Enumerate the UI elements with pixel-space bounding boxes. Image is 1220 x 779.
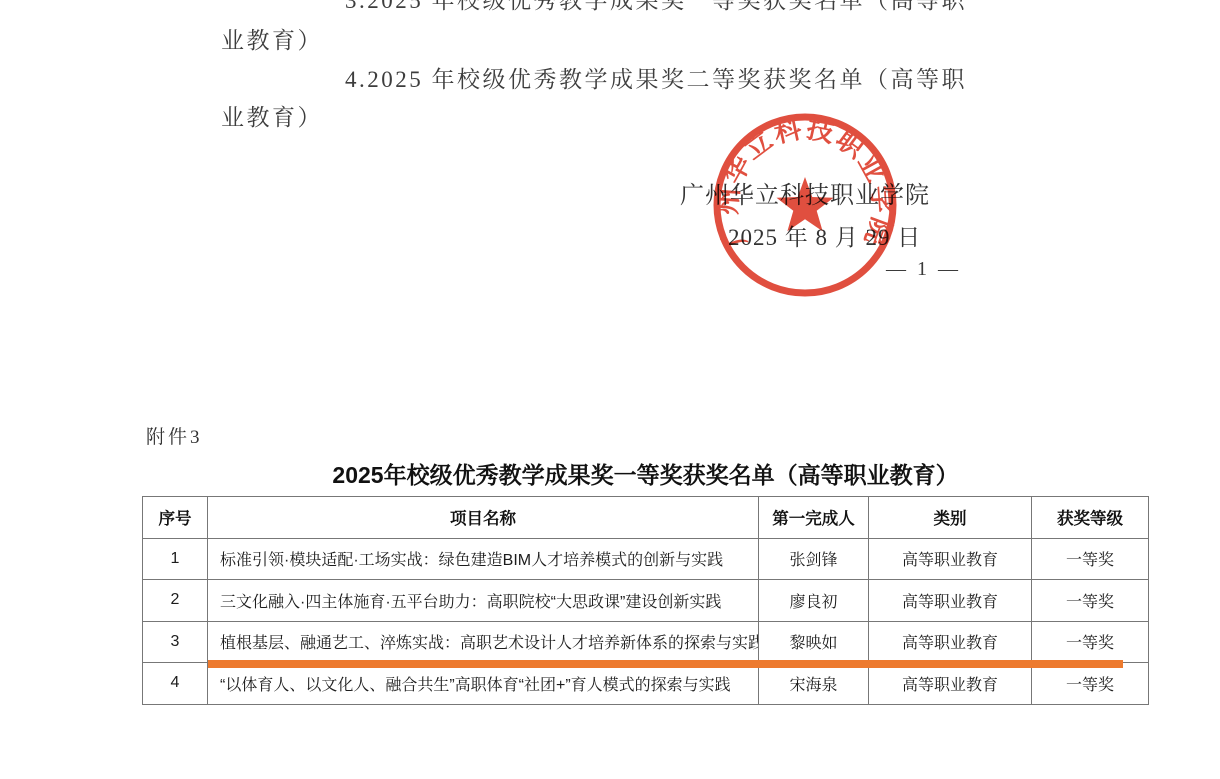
- cell-lead: 宋海泉: [759, 663, 869, 705]
- cell-lead: 张剑锋: [759, 538, 869, 580]
- table-row: 1标准引领·模块适配·工场实战：绿色建造BIM人才培养模式的创新与实践张剑锋高等…: [143, 538, 1149, 580]
- cell-project: 标准引领·模块适配·工场实战：绿色建造BIM人才培养模式的创新与实践: [208, 538, 759, 580]
- page-number: — 1 —: [886, 259, 961, 279]
- cell-category: 高等职业教育: [869, 663, 1032, 705]
- cell-lead: 廖良初: [759, 580, 869, 622]
- body-text-line-4: 业教育）: [221, 106, 323, 129]
- table-title: 2025年校级优秀教学成果奖一等奖获奖名单（高等职业教育）: [143, 462, 1148, 490]
- table-row: 2三文化融入·四主体施育·五平台助力：高职院校“大思政课”建设创新实践廖良初高等…: [143, 580, 1149, 622]
- header-cell-award: 获奖等级: [1032, 497, 1149, 539]
- header-cell-project: 项目名称: [208, 497, 759, 539]
- table-header-row: 序号 项目名称 第一完成人 类别 获奖等级: [143, 497, 1149, 539]
- header-cell-lead: 第一完成人: [759, 497, 869, 539]
- cell-no: 2: [143, 580, 208, 622]
- awards-table: 序号 项目名称 第一完成人 类别 获奖等级 1标准引领·模块适配·工场实战：绿色…: [142, 496, 1149, 705]
- table-row: 4“以体育人、以文化人、融合共生”高职体育“社团+”育人模式的探索与实践宋海泉高…: [143, 663, 1149, 705]
- cell-lead: 黎映如: [759, 621, 869, 663]
- cell-project: 植根基层、融通艺工、淬炼实战：高职艺术设计人才培养新体系的探索与实践: [208, 621, 759, 663]
- document-page: 3.2025 年校级优秀教学成果奖一等奖获奖名单（高等职 业教育） 4.2025…: [0, 0, 1220, 779]
- table-row: 3植根基层、融通艺工、淬炼实战：高职艺术设计人才培养新体系的探索与实践黎映如高等…: [143, 621, 1149, 663]
- cell-no: 3: [143, 621, 208, 663]
- signature-date: 2025 年 8 月 29 日: [728, 226, 921, 249]
- cell-project: “以体育人、以文化人、融合共生”高职体育“社团+”育人模式的探索与实践: [208, 663, 759, 705]
- cell-no: 1: [143, 538, 208, 580]
- header-cell-no: 序号: [143, 497, 208, 539]
- cell-project: 三文化融入·四主体施育·五平台助力：高职院校“大思政课”建设创新实践: [208, 580, 759, 622]
- cell-award: 一等奖: [1032, 663, 1149, 705]
- cell-category: 高等职业教育: [869, 580, 1032, 622]
- highlight-underline: [208, 660, 1123, 668]
- body-text-line-1: 3.2025 年校级优秀教学成果奖一等奖获奖名单（高等职: [345, 0, 967, 12]
- signature-organization: 广州华立科技职业学院: [680, 184, 930, 208]
- cell-category: 高等职业教育: [869, 621, 1032, 663]
- cell-award: 一等奖: [1032, 621, 1149, 663]
- attachment-label: 附件3: [146, 428, 203, 447]
- body-text-line-3: 4.2025 年校级优秀教学成果奖二等奖获奖名单（高等职: [345, 68, 967, 91]
- awards-table-body: 1标准引领·模块适配·工场实战：绿色建造BIM人才培养模式的创新与实践张剑锋高等…: [143, 538, 1149, 704]
- cell-category: 高等职业教育: [869, 538, 1032, 580]
- header-cell-category: 类别: [869, 497, 1032, 539]
- cell-award: 一等奖: [1032, 580, 1149, 622]
- body-text-line-2: 业教育）: [221, 29, 323, 52]
- cell-no: 4: [143, 663, 208, 705]
- cell-award: 一等奖: [1032, 538, 1149, 580]
